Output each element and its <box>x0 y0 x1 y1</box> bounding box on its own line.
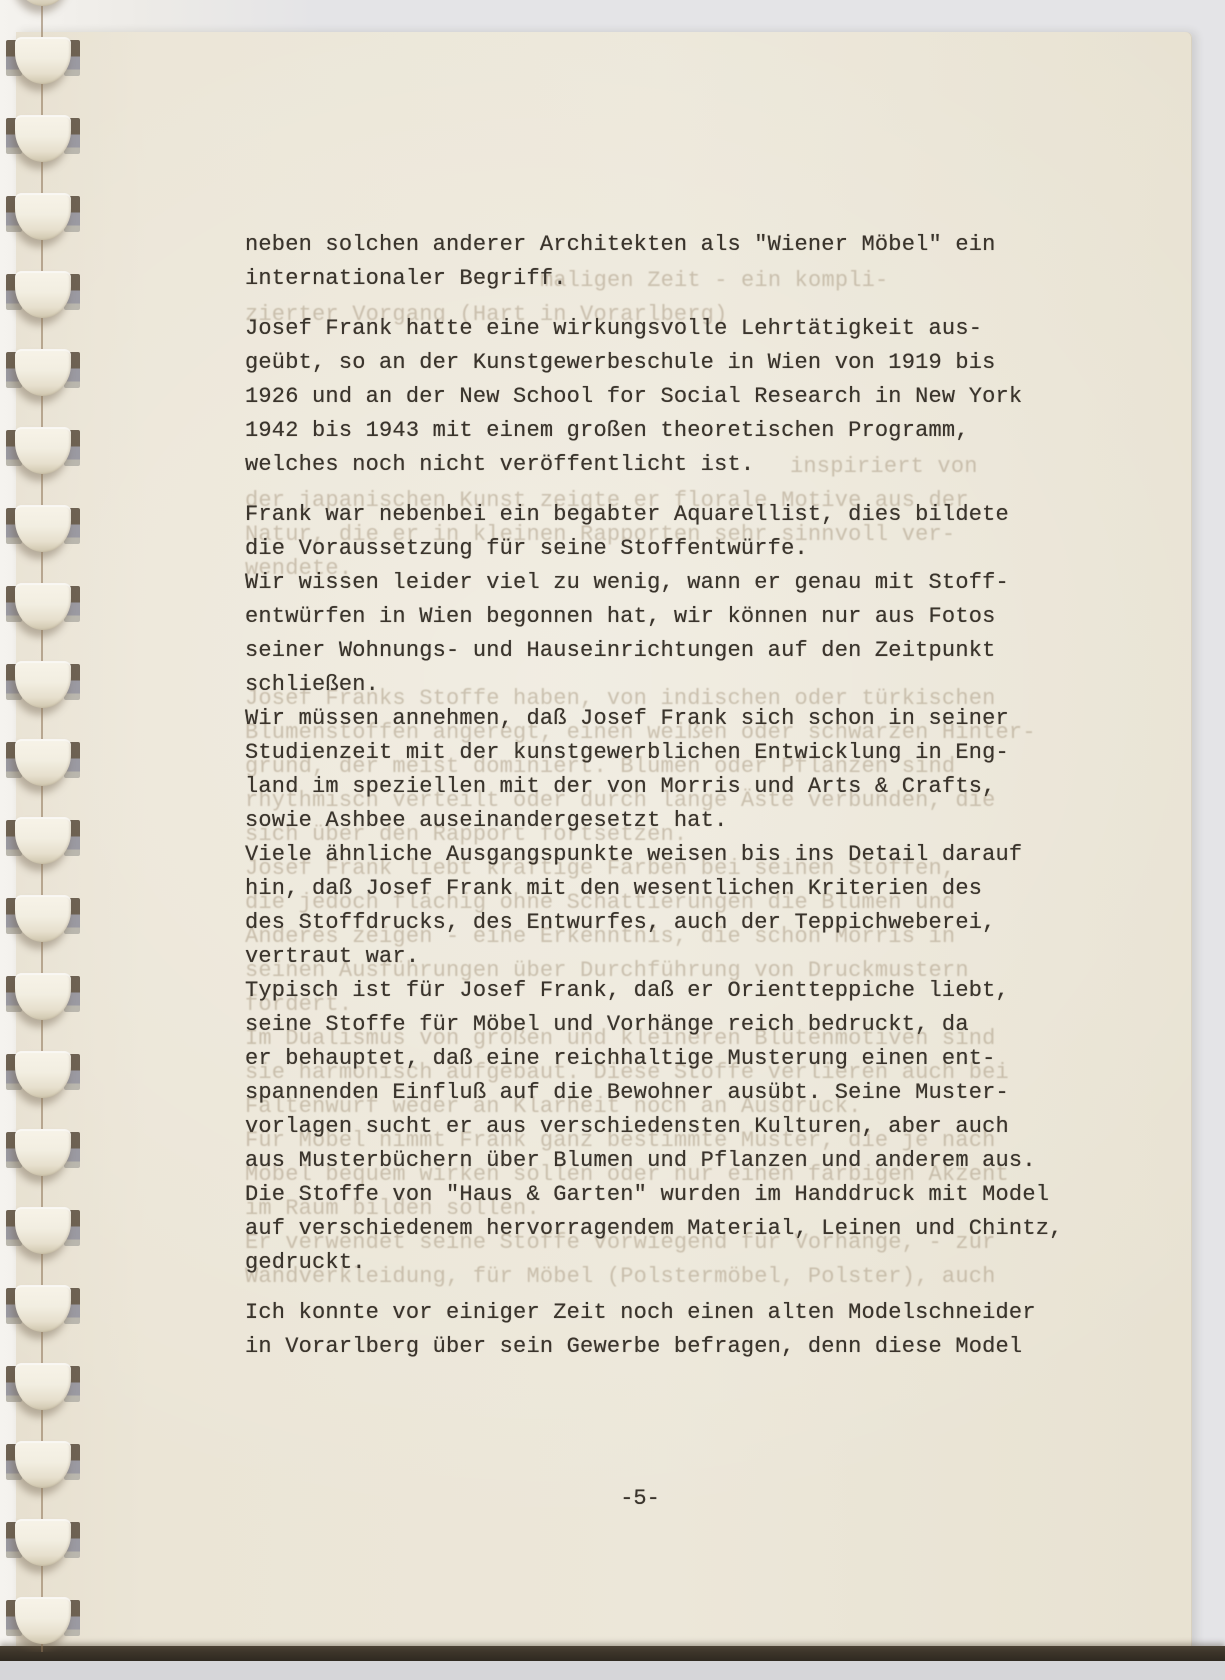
paper-sheet: maligen Zeit - ein kompli-zierter Vorgan… <box>16 32 1192 1650</box>
binding-ring <box>6 0 80 11</box>
typed-paragraph: Frank war nebenbei ein begabter Aquarell… <box>245 498 1075 1280</box>
typed-paragraph: Josef Frank hatte eine wirkungsvolle Leh… <box>245 312 1075 482</box>
typed-paragraph: Ich konnte vor einiger Zeit noch einen a… <box>245 1296 1075 1364</box>
typed-paragraph: neben solchen anderer Architekten als "W… <box>245 228 1075 296</box>
background-below-page <box>0 1661 1225 1680</box>
photographed-document: { "document": { "kind": "typewritten sca… <box>0 0 1225 1680</box>
ring-body <box>15 0 71 6</box>
typed-text-block: neben solchen anderer Architekten als "W… <box>245 228 1075 1364</box>
table-edge-shadow <box>0 1646 1225 1661</box>
page-number: -5- <box>245 1482 1035 1516</box>
